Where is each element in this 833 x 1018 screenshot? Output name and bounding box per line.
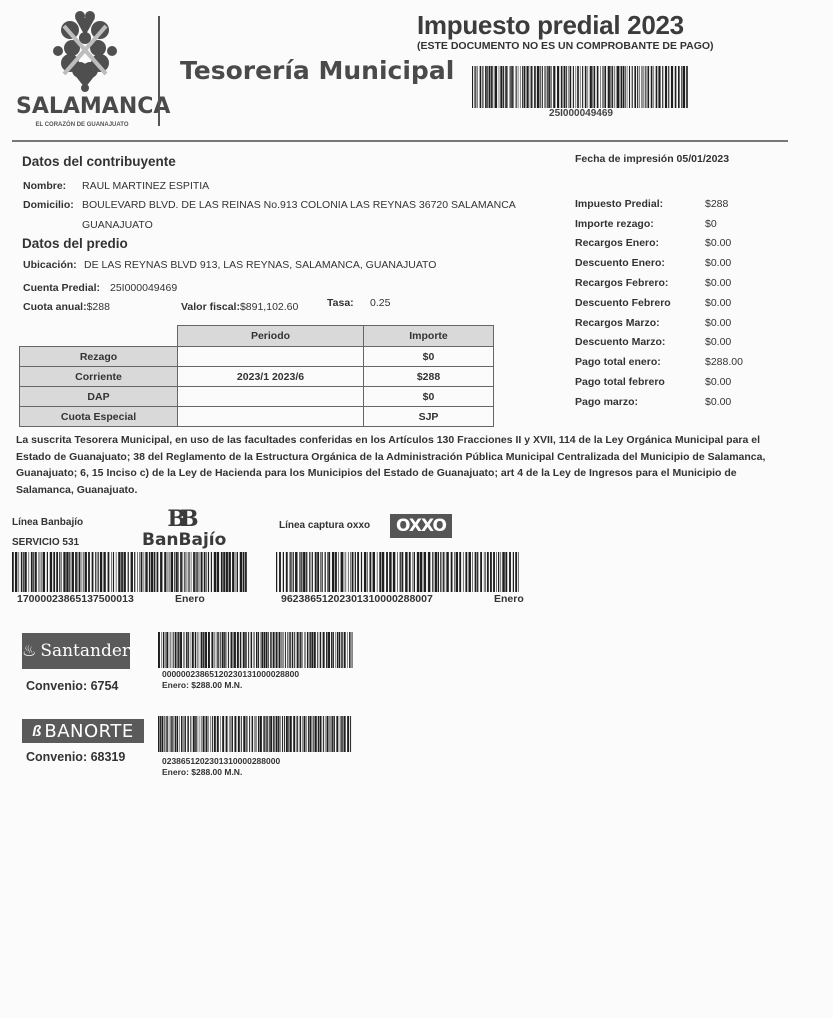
tasa-value: 0.25 [370, 297, 390, 309]
summary-value: $0.00 [705, 317, 731, 329]
banorte-brand: BANORTE [44, 721, 133, 742]
table-cell [177, 386, 364, 407]
table-cell: 2023/1 2023/6 [177, 366, 364, 387]
santander-flame-icon: ♨ [22, 641, 36, 661]
oxxo-month: Enero [494, 593, 524, 605]
table-cell: $288 [363, 366, 494, 387]
table-row-label: DAP [19, 386, 178, 407]
payment-summary: Impuesto Predial:$288Importe rezago:$0Re… [575, 194, 775, 412]
santander-amount: Enero: $288.00 M.N. [162, 680, 242, 690]
logo-tagline: EL CORAZÓN DE GUANAJUATO [16, 122, 148, 128]
summary-label: Importe rezago: [575, 218, 705, 230]
summary-row: Recargos Febrero:$0.00 [575, 273, 775, 293]
predio-heading: Datos del predio [22, 236, 128, 251]
summary-value: $0 [705, 218, 717, 230]
table-header: Periodo [177, 325, 364, 347]
account-barcode-number: 25I000049469 [472, 108, 690, 119]
summary-row: Impuesto Predial:$288 [575, 194, 775, 214]
banorte-logo: ß BANORTE [22, 719, 144, 743]
banbajio-label: Línea Banbajío [12, 517, 83, 528]
summary-label: Recargos Febrero: [575, 277, 705, 289]
valor-label: Valor fiscal: [181, 301, 240, 313]
document-title: Impuesto predial 2023 [417, 10, 684, 41]
summary-value: $288 [705, 198, 728, 210]
summary-row: Descuento Febrero$0.00 [575, 293, 775, 313]
summary-label: Recargos Marzo: [575, 317, 705, 329]
table-row-label: Corriente [19, 366, 178, 387]
table-cell: SJP [363, 406, 494, 427]
print-date-label: Fecha de impresión [575, 153, 674, 165]
summary-label: Pago marzo: [575, 396, 705, 408]
table-row-label: Rezago [19, 346, 178, 367]
cuota-anual: Cuota anual:$288 [23, 297, 110, 315]
santander-convenio: Convenio: 6754 [26, 679, 118, 693]
salamanca-logo: SALAMANCA EL CORAZÓN DE GUANAJUATO [16, 8, 148, 130]
cuenta-value: 25I000049469 [110, 282, 177, 294]
summary-value: $0.00 [705, 336, 731, 348]
banorte-convenio: Convenio: 68319 [26, 750, 125, 764]
banbajio-logo: BB BanBajío [142, 508, 218, 550]
banbajio-month: Enero [175, 593, 205, 605]
santander-reference: 00000023865120230131000028800 [162, 669, 299, 679]
domicilio-label: Domicilio: [23, 199, 74, 211]
cuenta-label: Cuenta Predial: [23, 282, 100, 294]
contribuyente-heading: Datos del contribuyente [22, 154, 176, 169]
cuota-label: Cuota anual: [23, 301, 87, 313]
oxxo-logo: OXXO [390, 514, 452, 538]
oxxo-barcode [276, 552, 522, 592]
summary-label: Pago total enero: [575, 356, 705, 368]
table-cell [177, 346, 364, 367]
nombre-label: Nombre: [23, 180, 66, 192]
summary-row: Importe rezago:$0 [575, 214, 775, 234]
summary-row: Pago marzo:$0.00 [575, 392, 775, 412]
summary-row: Descuento Marzo:$0.00 [575, 333, 775, 353]
print-date: Fecha de impresión 05/01/2023 [575, 153, 729, 165]
domicilio-line2: GUANAJUATO [82, 219, 153, 231]
valor-value: $891,102.60 [240, 301, 298, 313]
document-subtitle: (ESTE DOCUMENTO NO ES UN COMPROBANTE DE … [417, 40, 714, 52]
header-divider [158, 16, 160, 126]
tasa-label: Tasa: [327, 297, 354, 309]
office-name: Tesorería Municipal [180, 56, 454, 85]
summary-label: Descuento Marzo: [575, 336, 705, 348]
summary-row: Pago total enero:$288.00 [575, 352, 775, 372]
banbajio-bb-icon: BB [142, 508, 218, 530]
header-rule [12, 140, 788, 142]
santander-barcode [158, 632, 354, 668]
summary-value: $0.00 [705, 297, 731, 309]
table-cell [177, 406, 364, 427]
oxxo-reference: 96238651202301310000288007 [281, 593, 433, 605]
summary-value: $0.00 [705, 277, 731, 289]
banbajio-barcode [12, 552, 248, 592]
periods-table: PeriodoImporteRezago$0Corriente2023/1 20… [19, 325, 493, 426]
summary-label: Impuesto Predial: [575, 198, 705, 210]
banorte-barcode [158, 716, 354, 752]
banorte-reference: 0238651202301310000288000 [162, 756, 280, 766]
summary-row: Pago total febrero$0.00 [575, 372, 775, 392]
banorte-symbol-icon: ß [32, 723, 41, 740]
summary-row: Recargos Enero:$0.00 [575, 234, 775, 254]
table-cell: $0 [363, 346, 494, 367]
ubicacion-value: DE LAS REYNAS BLVD 913, LAS REYNAS, SALA… [84, 259, 436, 271]
summary-row: Recargos Marzo:$0.00 [575, 313, 775, 333]
santander-logo: ♨ Santander [22, 633, 130, 669]
salamanca-heart-emblem-icon [50, 8, 120, 94]
summary-label: Descuento Enero: [575, 257, 705, 269]
summary-label: Descuento Febrero [575, 297, 705, 309]
nombre-value: RAUL MARTINEZ ESPITIA [82, 180, 209, 192]
valor-fiscal: Valor fiscal:$891,102.60 [181, 297, 298, 315]
summary-value: $0.00 [705, 376, 731, 388]
ubicacion-label: Ubicación: [23, 259, 77, 271]
table-row-label: Cuota Especial [19, 406, 178, 427]
logo-name: SALAMANCA [16, 94, 148, 119]
domicilio-line1: BOULEVARD BLVD. DE LAS REINAS No.913 COL… [82, 199, 516, 211]
santander-brand: Santander [40, 641, 130, 661]
summary-value: $0.00 [705, 237, 731, 249]
table-header: Importe [363, 325, 494, 347]
oxxo-brand: OXXO [396, 516, 446, 536]
summary-value: $0.00 [705, 396, 731, 408]
summary-label: Pago total febrero [575, 376, 705, 388]
banbajio-brand: BanBajío [142, 530, 218, 550]
summary-label: Recargos Enero: [575, 237, 705, 249]
print-date-value: 05/01/2023 [677, 153, 730, 165]
summary-value: $288.00 [705, 356, 743, 368]
oxxo-label: Línea captura oxxo [279, 520, 370, 531]
table-cell: $0 [363, 386, 494, 407]
banbajio-reference: 17000023865137500013 [17, 593, 134, 605]
banorte-amount: Enero: $288.00 M.N. [162, 767, 242, 777]
account-barcode [472, 66, 690, 108]
summary-row: Descuento Enero:$0.00 [575, 253, 775, 273]
banbajio-service: SERVICIO 531 [12, 537, 79, 548]
cuota-value: $288 [87, 301, 110, 313]
legal-text: La suscrita Tesorera Municipal, en uso d… [16, 432, 791, 498]
summary-value: $0.00 [705, 257, 731, 269]
